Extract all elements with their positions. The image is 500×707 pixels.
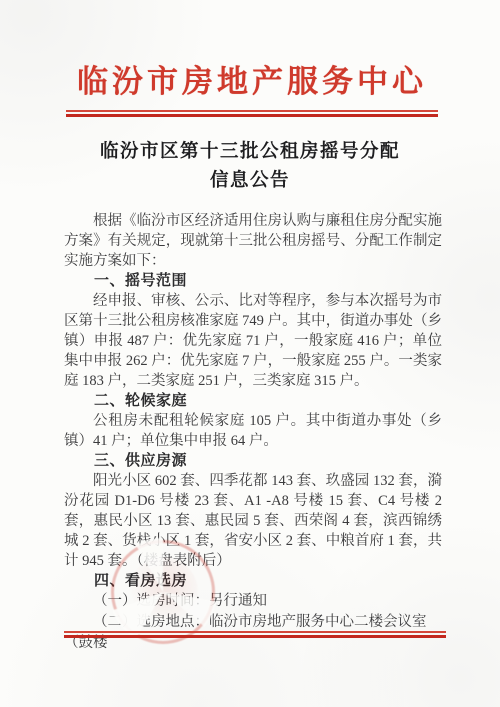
- footer-rule: [64, 631, 446, 638]
- document-title: 临汾市区第十三批公租房摇号分配 信息公告: [0, 138, 500, 196]
- intro-paragraph: 根据《临汾市区经济适用住房认购与廉租住房分配实施方案》有关规定，现就第十三批公租…: [64, 211, 442, 271]
- official-seal: [111, 540, 215, 644]
- document-title-line2: 信息公告: [0, 167, 500, 196]
- letterhead-rule: [66, 110, 438, 117]
- document-page: 临汾市房地产服务中心 临汾市区第十三批公租房摇号分配 信息公告 根据《临汾市区经…: [0, 0, 500, 707]
- section-heading-housing-supply: 三、供应房源: [64, 451, 442, 471]
- section-paragraph-waitlist-families: 公租房未配租轮候家庭 105 户。其中街道办事处（乡镇）41 户；单位集中申报 …: [64, 411, 442, 451]
- section-paragraph-lottery-scope: 经申报、审核、公示、比对等程序，参与本次摇号为市区第十三批公租房核准家庭 749…: [64, 291, 442, 391]
- document-title-line1: 临汾市区第十三批公租房摇号分配: [0, 138, 500, 167]
- section-heading-lottery-scope: 一、摇号范围: [64, 271, 442, 291]
- section-heading-waitlist-families: 二、轮候家庭: [64, 391, 442, 411]
- section-paragraph-housing-supply: 阳光小区 602 套、四季花都 143 套、玖盛园 132 套，漪汾花园 D1-…: [64, 471, 442, 571]
- letterhead-title: 临汾市房地产服务中心: [0, 56, 500, 101]
